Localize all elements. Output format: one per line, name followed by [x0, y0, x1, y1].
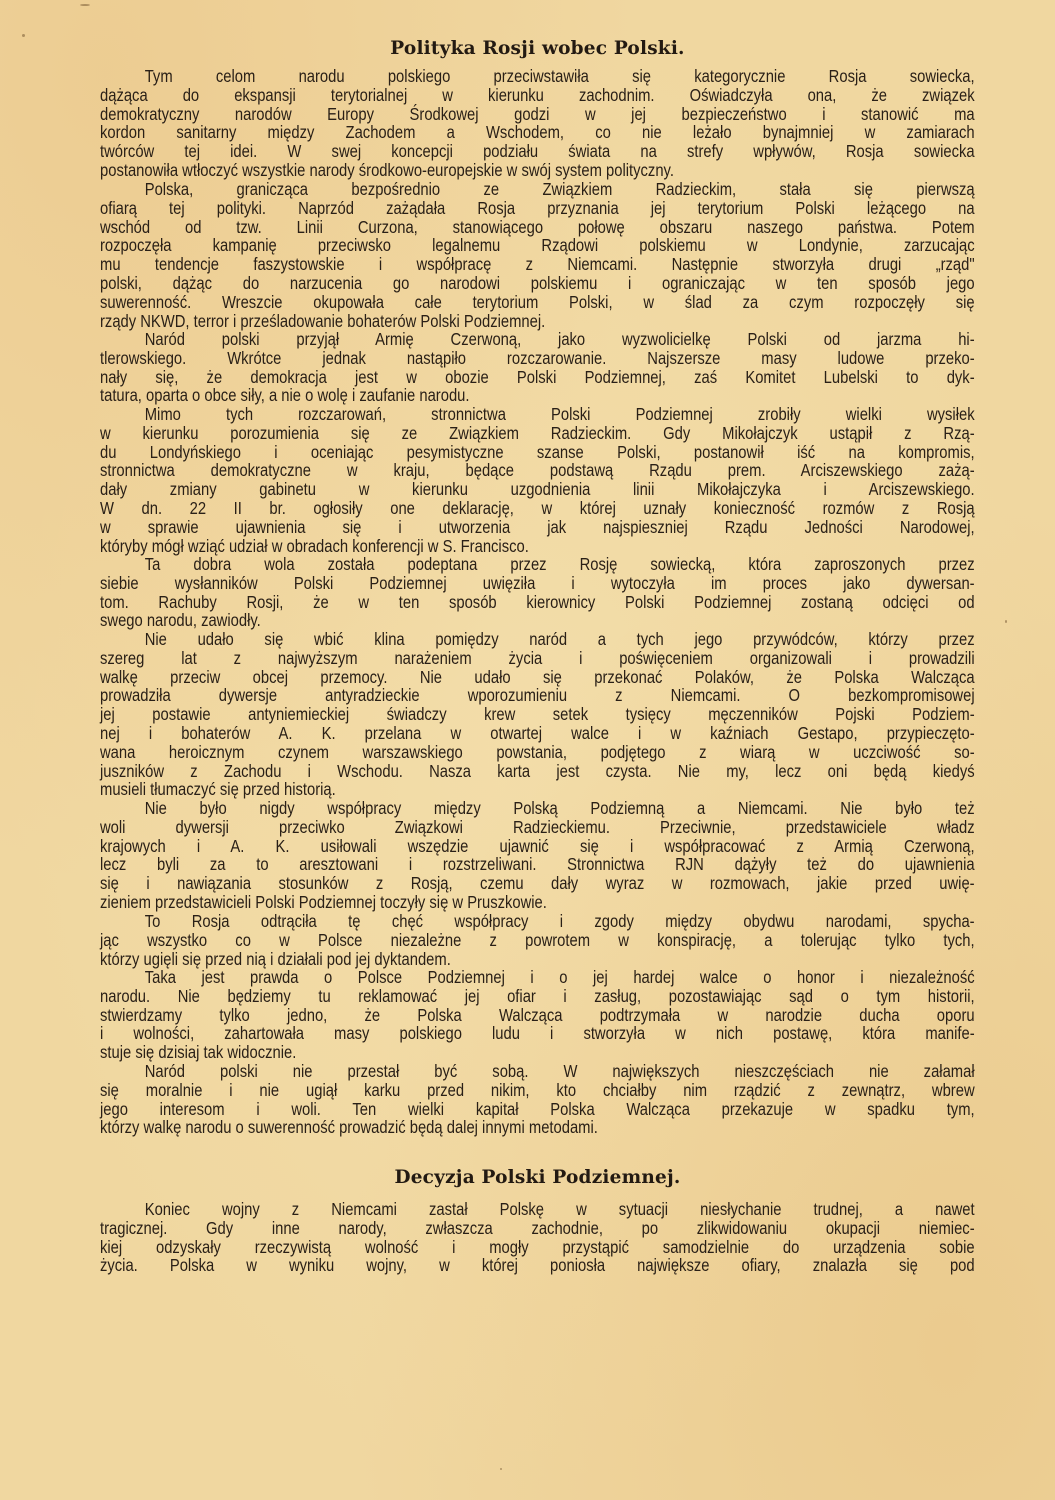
text-line: jąc wszystko co w Polsce niezależne z po… — [100, 931, 975, 950]
text-line: du Londyńskiego i oceniając pesymistyczn… — [100, 443, 975, 462]
paragraph-text: Naród polski przyjął Armię Czerwoną, jak… — [100, 330, 975, 405]
text-line: W dn. 22 II br. ogłosiły one deklarację,… — [100, 499, 975, 518]
paragraph: Naród polski nie przestał być sobą. W na… — [100, 1062, 975, 1137]
paper-speck — [1005, 620, 1007, 623]
paragraph-text: Nie było nigdy współpracy między Polską … — [100, 799, 975, 912]
paper-speck — [500, 1468, 502, 1470]
text-line: prowadziła dywersje antyradzieckie wporo… — [100, 686, 975, 705]
text-line: rozpoczęła kampanię przeciwsko legalnemu… — [100, 236, 975, 255]
text-line: swego narodu, zawiodły. — [100, 611, 975, 630]
text-line: nały się, że demokracja jest w obozie Po… — [100, 368, 975, 387]
paragraph-text: Taka jest prawda o Polsce Podziemnej i o… — [100, 968, 975, 1062]
paragraph: Ta dobra wola została podeptana przez Ro… — [100, 555, 975, 630]
text-line: suwerenność. Wreszcie okupowała całe ter… — [100, 293, 975, 312]
text-line: życia. Polska w wyniku wojny, w której p… — [100, 1256, 975, 1275]
text-line: Taka jest prawda o Polsce Podziemnej i o… — [100, 968, 975, 987]
text-line: stuje się dzisiaj tak widocznie. — [100, 1043, 975, 1062]
paragraph: Taka jest prawda o Polsce Podziemnej i o… — [100, 968, 975, 1062]
text-line: rządy NKWD, terror i prześladowanie boha… — [100, 312, 975, 331]
text-line: woli dywersji przeciwko Związkowi Radzie… — [100, 818, 975, 837]
paragraph: Polska, granicząca bezpośrednio ze Związ… — [100, 180, 975, 330]
text-line: i wolności, zahartowała masy polskiego l… — [100, 1024, 975, 1043]
text-line: postanowiła wtłoczyć wszystkie narody śr… — [100, 161, 975, 180]
text-line: stronnictwa demokratyczne w kraju, będąc… — [100, 461, 975, 480]
paragraph: Tym celom narodu polskiego przeciwstawił… — [100, 67, 975, 180]
document-page: Polityka Rosji wobec Polski.Tym celom na… — [100, 38, 975, 1275]
text-line: tragicznej. Gdy inne narody, zwłaszcza z… — [100, 1219, 975, 1238]
paragraph: Naród polski przyjął Armię Czerwoną, jak… — [100, 330, 975, 405]
text-line: narodu. Nie będziemy tu reklamować jej o… — [100, 987, 975, 1006]
text-line: Koniec wojny z Niemcami zastał Polskę w … — [100, 1200, 975, 1219]
paragraph-text: Polska, granicząca bezpośrednio ze Związ… — [100, 180, 975, 330]
text-line: jej postawie antyniemieckiej świadczy kr… — [100, 705, 975, 724]
text-line: tom. Rachuby Rosji, że w ten sposób kier… — [100, 593, 975, 612]
text-line: twórców tej idei. W swej koncepcji podzi… — [100, 142, 975, 161]
paragraph-text: Ta dobra wola została podeptana przez Ro… — [100, 555, 975, 630]
paragraph-text: Tym celom narodu polskiego przeciwstawił… — [100, 67, 975, 180]
text-line: jego interesom i woli. Ten wielki kapita… — [100, 1100, 975, 1119]
text-line: wana heroicznym czynem warszawskiego pow… — [100, 743, 975, 762]
text-line: mu tendencje faszystowskie i współpracę … — [100, 255, 975, 274]
paragraph: Mimo tych rozczarowań, stronnictwa Polsk… — [100, 405, 975, 555]
section-heading: Polityka Rosji wobec Polski. — [100, 38, 975, 59]
text-line: się i nawiązania stosunków z Rosją, czem… — [100, 874, 975, 893]
text-line: krajowych i A. K. usiłowali wszędzie uja… — [100, 837, 975, 856]
text-line: dały zmiany gabinetu w kierunku uzgodnie… — [100, 480, 975, 499]
paragraph-text: Koniec wojny z Niemcami zastał Polskę w … — [100, 1200, 975, 1275]
text-line: nej i bohaterów A. K. przelana w otwarte… — [100, 724, 975, 743]
text-line: demokratyczny narodów Europy Środkowej g… — [100, 105, 975, 124]
text-line: tlerowskiego. Wkrótce jednak nastąpiło r… — [100, 349, 975, 368]
text-line: tatura, oparta o obce siły, a nie o wolę… — [100, 386, 975, 405]
paragraph: Nie było nigdy współpracy między Polską … — [100, 799, 975, 912]
paragraph: Koniec wojny z Niemcami zastał Polskę w … — [100, 1200, 975, 1275]
text-line: Nie udało się wbić klina pomiędzy naród … — [100, 630, 975, 649]
text-line: Naród polski nie przestał być sobą. W na… — [100, 1062, 975, 1081]
text-line: stwierdzamy tylko jedno, że Polska Walcz… — [100, 1006, 975, 1025]
text-line: siebie wysłanników Polski Podziemnej uwi… — [100, 574, 975, 593]
text-line: któryby mógł wziąć udział w obradach kon… — [100, 537, 975, 556]
section-heading: Decyzja Polski Podziemnej. — [100, 1167, 975, 1188]
text-line: dążąca do ekspansji terytorialnej w kier… — [100, 86, 975, 105]
text-line: juszników z Zachodu i Wschodu. Nasza kar… — [100, 762, 975, 781]
paragraph-text: Nie udało się wbić klina pomiędzy naród … — [100, 630, 975, 799]
text-line: To Rosja odtrąciła tę chęć współpracy i … — [100, 912, 975, 931]
paragraph: Nie udało się wbić klina pomiędzy naród … — [100, 630, 975, 799]
paper-speck — [22, 34, 25, 37]
text-line: się moralnie i nie ugiął karku przed nik… — [100, 1081, 975, 1100]
text-line: Nie było nigdy współpracy między Polską … — [100, 799, 975, 818]
paragraph-text: Mimo tych rozczarowań, stronnictwa Polsk… — [100, 405, 975, 555]
text-line: Ta dobra wola została podeptana przez Ro… — [100, 555, 975, 574]
text-line: wschód od tzw. Linii Curzona, stanowiące… — [100, 218, 975, 237]
text-line: w sprawie ujawnienia się i utworzenia ja… — [100, 518, 975, 537]
text-line: którzy ugięli się przed nią i działali p… — [100, 950, 975, 969]
text-line: szereg lat z najwyższym narażeniem życia… — [100, 649, 975, 668]
paragraph: To Rosja odtrąciła tę chęć współpracy i … — [100, 912, 975, 968]
text-line: zieniem przedstawicieli Polski Podziemne… — [100, 893, 975, 912]
paragraph-text: To Rosja odtrąciła tę chęć współpracy i … — [100, 912, 975, 968]
paragraph-text: Naród polski nie przestał być sobą. W na… — [100, 1062, 975, 1137]
text-line: walkę przeciw obcej przemocy. Nie udało … — [100, 668, 975, 687]
text-line: polski, dążąc do narzucenia go narodowi … — [100, 274, 975, 293]
text-line: musieli tłumaczyć się przed historią. — [100, 780, 975, 799]
text-line: kiej odzyskały rzeczywistą wolność i mog… — [100, 1238, 975, 1257]
text-line: Mimo tych rozczarowań, stronnictwa Polsk… — [100, 405, 975, 424]
text-line: kordon sanitarny między Zachodem a Wscho… — [100, 123, 975, 142]
text-line: Tym celom narodu polskiego przeciwstawił… — [100, 67, 975, 86]
text-line: Naród polski przyjął Armię Czerwoną, jak… — [100, 330, 975, 349]
paper-speck — [80, 4, 90, 6]
text-line: którzy walkę narodu o suwerenność prowad… — [100, 1118, 975, 1137]
text-line: Polska, granicząca bezpośrednio ze Związ… — [100, 180, 975, 199]
text-line: lecz byli za to aresztowani i rozstrzeli… — [100, 855, 975, 874]
text-line: ofiarą tej polityki. Naprzód zażądała Ro… — [100, 199, 975, 218]
text-line: w kierunku porozumienia się ze Związkiem… — [100, 424, 975, 443]
